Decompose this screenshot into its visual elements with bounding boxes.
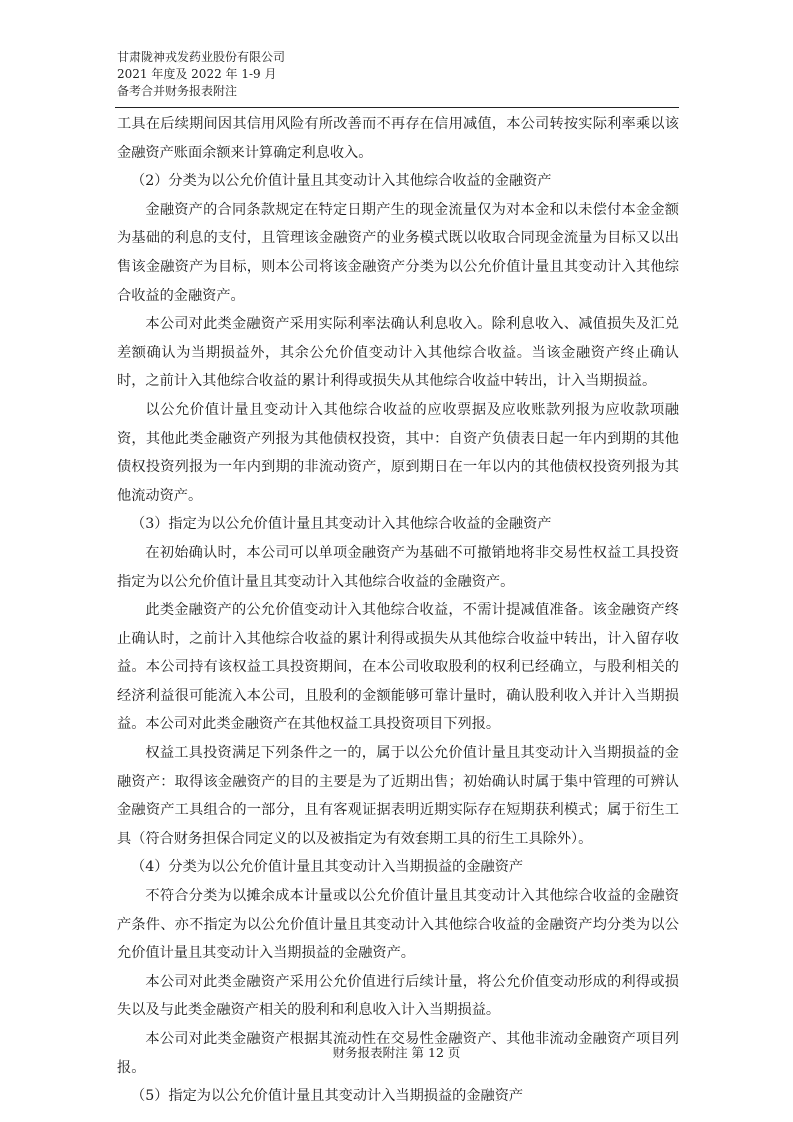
paragraph: 以公允价值计量且变动计入其他综合收益的应收票据及应收账款列报为应收款项融资，其他… xyxy=(117,396,679,510)
document-body: 工具在后续期间因其信用风险有所改善而不再存在信用减值，本公司转按实际利率乘以该金… xyxy=(117,110,679,1111)
paragraph: 在初始确认时，本公司可以单项金融资产为基础不可撤销地将非交易性权益工具投资指定为… xyxy=(117,539,679,596)
report-period: 2021 年度及 2022 年 1-9 月 xyxy=(117,66,679,83)
paragraph-continuation: 工具在后续期间因其信用风险有所改善而不再存在信用减值，本公司转按实际利率乘以该金… xyxy=(117,110,679,167)
page-footer: 财务报表附注 第 12 页 xyxy=(0,1043,793,1061)
header-divider xyxy=(115,107,679,108)
section-heading-5: （5）指定为以公允价值计量且其变动计入当期损益的金融资产 xyxy=(117,1082,679,1111)
paragraph: 本公司对此类金融资产采用实际利率法确认利息收入。除利息收入、减值损失及汇兑差额确… xyxy=(117,310,679,396)
section-heading-4: （4）分类为以公允价值计量且其变动计入当期损益的金融资产 xyxy=(117,853,679,882)
company-name: 甘肃陇神戎发药业股份有限公司 xyxy=(117,49,679,66)
paragraph: 权益工具投资满足下列条件之一的，属于以公允价值计量且其变动计入当期损益的金融资产… xyxy=(117,739,679,853)
section-heading-2: （2）分类为以公允价值计量且其变动计入其他综合收益的金融资产 xyxy=(117,167,679,196)
paragraph: 此类金融资产的公允价值变动计入其他综合收益，不需计提减值准备。该金融资产终止确认… xyxy=(117,596,679,739)
document-title: 备考合并财务报表附注 xyxy=(117,83,679,100)
paragraph: 本公司对此类金融资产采用公允价值进行后续计量，将公允价值变动形成的利得或损失以及… xyxy=(117,968,679,1025)
paragraph: 不符合分类为以摊余成本计量或以公允价值计量且其变动计入其他综合收益的金融资产条件… xyxy=(117,882,679,968)
page-header: 甘肃陇神戎发药业股份有限公司 2021 年度及 2022 年 1-9 月 备考合… xyxy=(117,49,679,100)
section-heading-3: （3）指定为以公允价值计量且其变动计入其他综合收益的金融资产 xyxy=(117,510,679,539)
paragraph: 金融资产的合同条款规定在特定日期产生的现金流量仅为对本金和以未偿付本金金额为基础… xyxy=(117,196,679,310)
